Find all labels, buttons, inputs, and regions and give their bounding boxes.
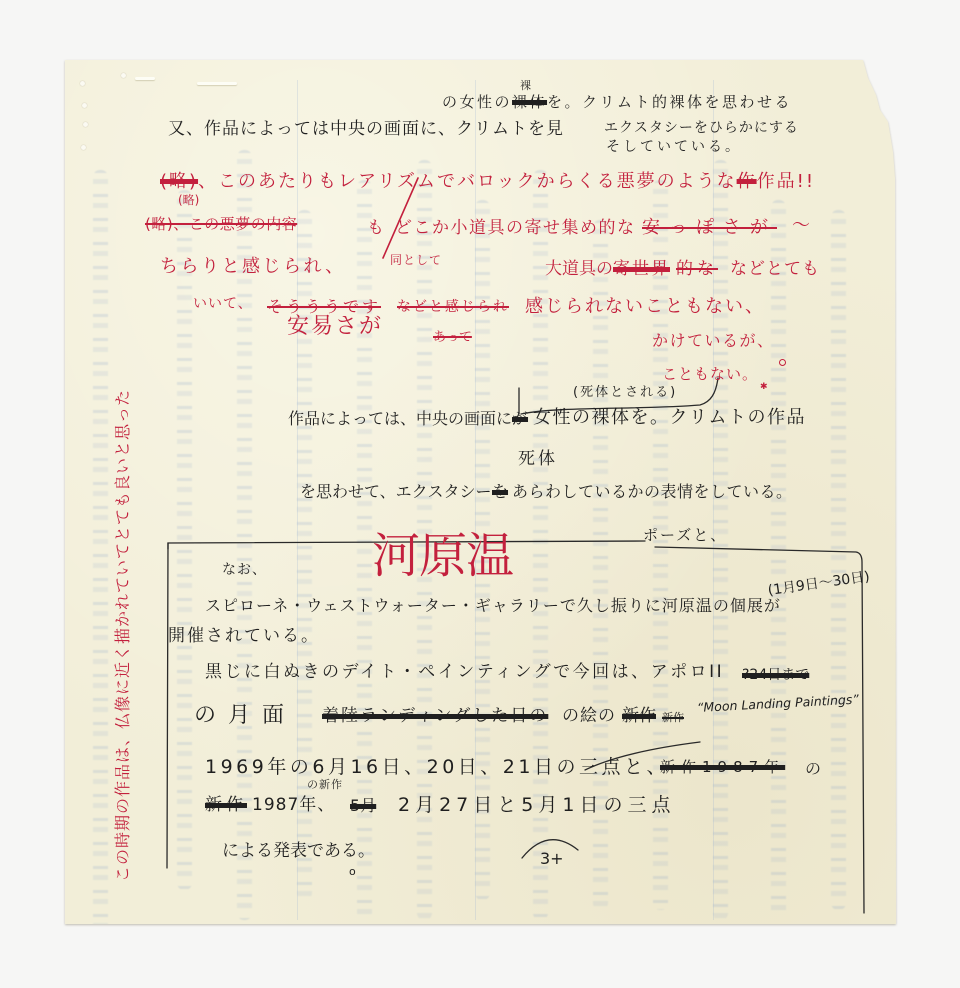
middle-line-2-pre: を思わせて、エクスタシー xyxy=(300,484,492,500)
middle-line-1-struck: が xyxy=(512,411,528,427)
red-line-5-struck-2: などと感じられ xyxy=(397,300,509,314)
margin-note-vertical: この時期の作品は、仏像に近く描かれていてとても良いと思った xyxy=(115,392,131,882)
middle-line-1-pre: 作品によっては、中央の画面に xyxy=(288,411,512,427)
show-through-ink xyxy=(831,210,846,910)
text: 大道具の xyxy=(545,259,613,279)
box-line-6-struck: 新作1987年 xyxy=(660,760,785,775)
box-line-7-end: 2月27日と5月1日の三点 xyxy=(398,796,675,815)
upper-line-b: エクスタシーをひらかにする xyxy=(604,121,799,135)
red-line-5-end: 感じられないこともない、 xyxy=(525,298,765,316)
show-through-ink xyxy=(771,200,786,920)
box-line-5-mid: の絵の xyxy=(562,708,616,725)
text: 作品!! xyxy=(757,171,815,192)
middle-aside: ポーズと、 xyxy=(643,528,727,543)
red-line-2-mo: も xyxy=(367,220,384,237)
red-line-1: (略)、このあたりもレアリズムでバロックからくる悪夢のような作作品!! xyxy=(160,173,815,191)
box-line-5-pre: の月面 xyxy=(194,705,296,727)
red-line-2-tail: 〜 xyxy=(792,217,810,235)
show-through-rule xyxy=(297,80,298,920)
middle-line-2-post: あらわしているかの表情をしている。 xyxy=(512,484,793,500)
binding-hole xyxy=(121,73,126,78)
red-line-6: 安易さが xyxy=(287,316,383,338)
binding-hole xyxy=(80,81,85,86)
struck-text: 作 xyxy=(737,171,757,192)
middle-line-2-struck: を xyxy=(492,484,508,500)
red-label: (略) xyxy=(178,194,199,206)
scribbled-text: 寄世界 xyxy=(613,259,670,279)
red-line-3: ちらりと感じられ、 xyxy=(160,258,346,276)
box-line-4: 黒じに白ぬきのデイト・ペインティングで今回は、アポロII xyxy=(205,664,724,681)
red-line-4: 大道具の寄世界的ななどとても xyxy=(545,261,820,278)
text: などとても xyxy=(730,259,820,279)
red-line-2-struck-2: 安っぽさが xyxy=(642,219,777,237)
upper-line-a-insert: 裸 xyxy=(520,80,531,91)
text: を。クリムト的裸体を思わせる xyxy=(547,93,792,111)
binding-hole xyxy=(81,145,86,150)
upper-line-a: の女性の裸体を。クリムト的裸体を思わせる xyxy=(442,95,792,110)
middle-insert: 死体 xyxy=(518,451,558,468)
binding-hole xyxy=(82,103,87,108)
red-line-5-struck: そうううです xyxy=(267,299,381,315)
box-line-3: 開催されている。 xyxy=(168,628,320,645)
middle-note: (死体とされる) xyxy=(573,386,677,399)
red-line-8: こともない。 xyxy=(662,367,758,382)
box-line-5-struck: 着陸ランディングした日の xyxy=(322,708,548,725)
box-line-5-struck-2: 新作 xyxy=(622,708,656,725)
red-line-5-a: いいて、 xyxy=(193,297,253,311)
red-line-6-struck: あって xyxy=(433,331,472,344)
text: の女性の xyxy=(442,93,512,111)
heading-artist-name: 河原温 xyxy=(372,532,513,580)
red-star-mark: ✱ xyxy=(760,383,768,392)
red-line-3-aside: 同として xyxy=(390,254,442,266)
struck-text: 裸体 xyxy=(512,93,547,111)
box-count-mark: 3+ xyxy=(540,851,564,867)
box-line-6-end: の xyxy=(805,761,821,777)
upper-line-c: そしていている。 xyxy=(606,140,742,154)
red-line-2-text: どこか小道具の寄せ集め的な xyxy=(395,220,636,237)
text: 、このあたりもレアリズムでバロックからくる悪夢のような xyxy=(198,171,737,192)
box-dot-mark: o xyxy=(349,866,356,877)
struck-text: (略) xyxy=(160,171,198,192)
red-line-2-struck: (略)、この悪夢の内容 xyxy=(145,217,297,232)
show-through-ink xyxy=(93,170,108,924)
upper-line-1: 又、作品によっては中央の画面に、クリムトを見 xyxy=(168,121,564,138)
paper-dent xyxy=(135,77,155,80)
box-line-4-struck: ?24日まで xyxy=(742,668,809,682)
show-through-ink xyxy=(177,190,192,890)
box-line-7-struck: 新作 xyxy=(205,797,247,814)
middle-line-1-post: 女性の裸体を。クリムトの作品 xyxy=(533,409,806,427)
box-line-2: スピローネ・ウェストウォーター・ギャラリーで久し振りに河原温の個展が xyxy=(205,598,781,614)
box-line-1: なお、 xyxy=(222,563,267,577)
box-line-5-insert-struck: 新作 xyxy=(662,712,684,723)
box-line-7-struck-2: 5月 xyxy=(350,798,376,814)
box-line-8: による発表である。 xyxy=(222,843,375,860)
binding-hole xyxy=(83,122,88,127)
struck-text: 的な xyxy=(676,259,718,279)
box-line-7-year: 1987年、 xyxy=(252,797,335,814)
box-line-7-insert: の新作 xyxy=(307,779,343,790)
red-line-7: かけているが、 xyxy=(652,333,775,349)
paper-dent xyxy=(197,82,237,85)
red-circle-mark xyxy=(779,359,786,366)
box-line-6: 1969年の6月16日、20日、21日の三点と、 xyxy=(205,758,669,777)
